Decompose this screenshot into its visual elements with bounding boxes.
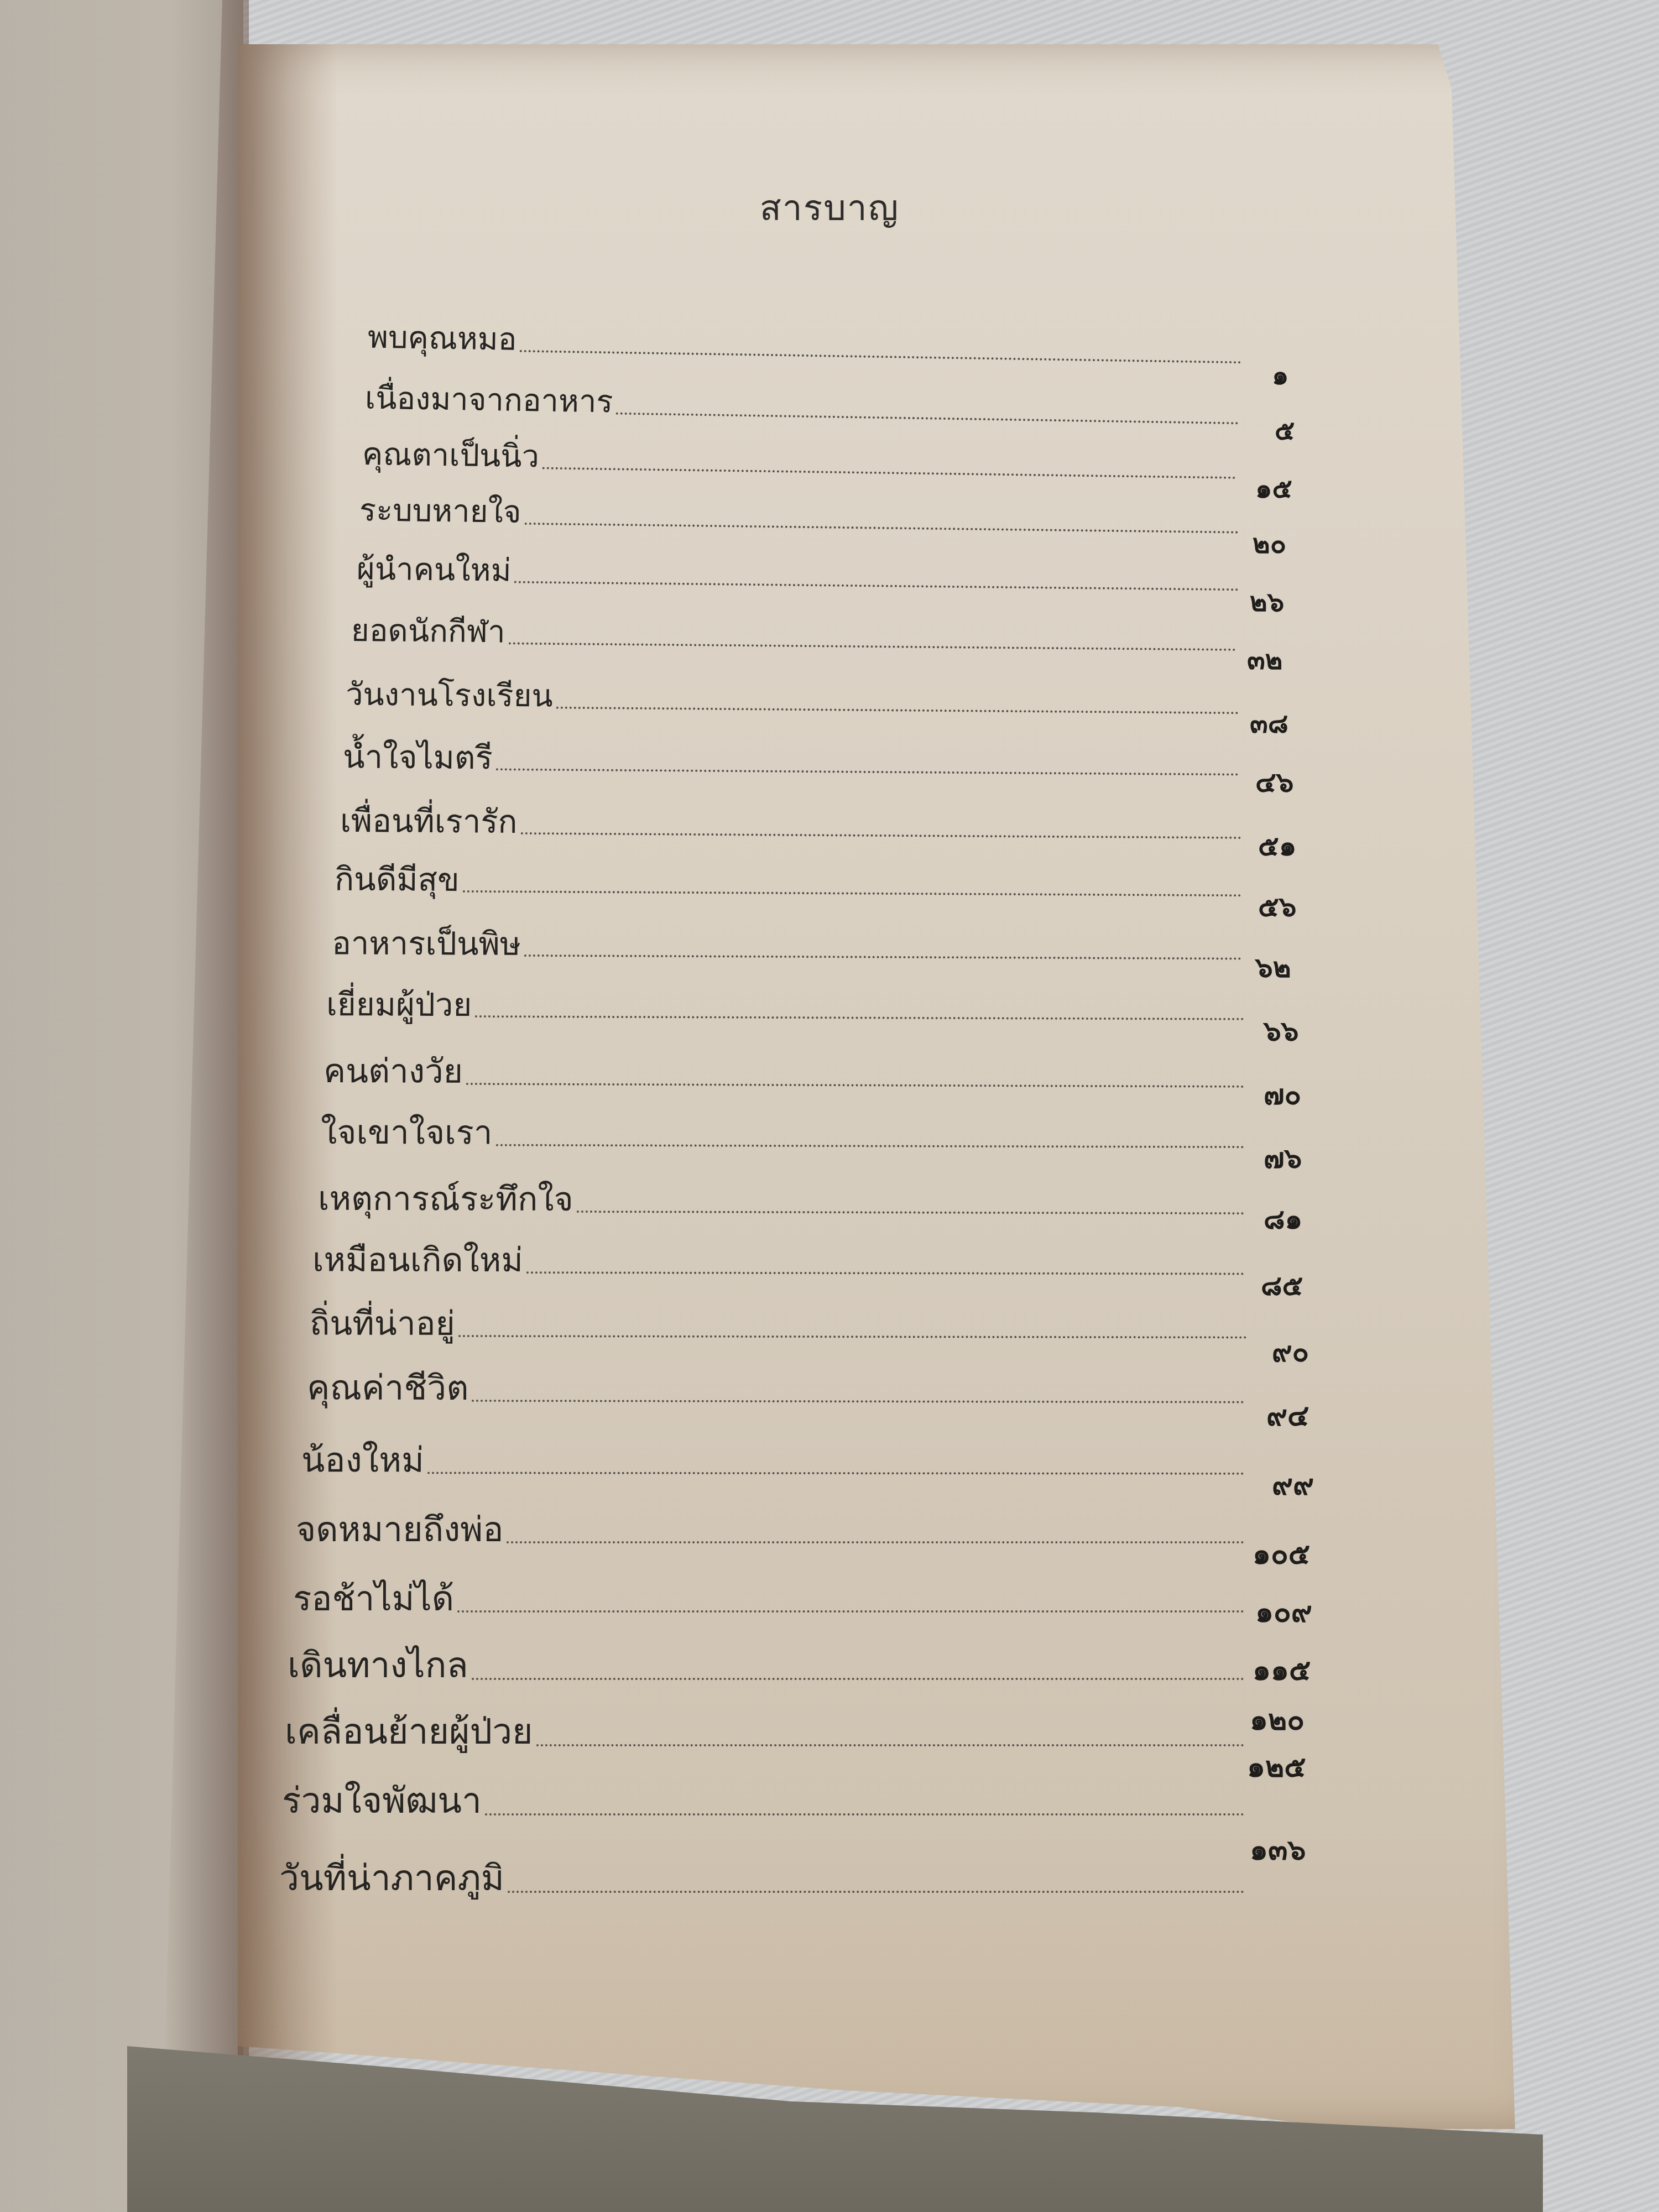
dot-leader — [520, 350, 1241, 363]
toc-entry-title: ร่วมใจพัฒนา — [282, 1783, 482, 1819]
toc-entry-page: ๕๑ — [1258, 832, 1297, 860]
toc-entry: ระบบหายใจ — [359, 495, 1245, 537]
toc-entry: คุณตาเป็นนิ่ว — [362, 439, 1242, 482]
dot-leader — [485, 1813, 1244, 1815]
toc-entry: จดหมายถึงพ่อ — [296, 1512, 1250, 1547]
toc-entry-title: เพื่อนที่เรารัก — [340, 805, 518, 838]
dot-leader — [496, 768, 1239, 775]
toc-entry-title: เดินทางไกล — [288, 1648, 468, 1683]
toc-entry: เยี่ยมผู้ป่วย — [326, 988, 1250, 1024]
toc-entry: ยอดนักกีฬา — [351, 615, 1241, 654]
dot-leader — [427, 1472, 1244, 1474]
toc-entry-page: ๑๓๖ — [1250, 1836, 1306, 1865]
toc-entry-page: ๒๐ — [1253, 531, 1286, 557]
dot-leader — [458, 1335, 1247, 1338]
toc-entry-title: เยี่ยมผู้ป่วย — [326, 988, 472, 1021]
toc-entry: พบคุณหมอ — [368, 322, 1248, 367]
toc-entry: เหตุการณ์ระทึกใจ — [318, 1182, 1250, 1218]
dot-leader — [577, 1211, 1244, 1214]
toc-entry-page: ๑๐๙ — [1255, 1598, 1312, 1627]
toc-entry-page: ๑ — [1272, 362, 1288, 389]
toc-entry-title: คุณตาเป็นนิ่ว — [362, 439, 540, 472]
toc-entry-title: กินดีมีสุข — [335, 863, 460, 896]
toc-entry: วันที่น่าภาคภูมิ — [279, 1861, 1250, 1896]
toc-entry-page: ๓๘ — [1250, 711, 1288, 737]
toc-entry-title: คนต่างวัย — [324, 1055, 463, 1088]
toc-entry-page: ๔๖ — [1255, 769, 1294, 796]
toc-entry-title: ระบบหายใจ — [359, 495, 521, 528]
toc-entry: เคลื่อนย้ายผู้ป่วย — [285, 1714, 1250, 1750]
toc-entry: ถิ่นที่น่าอยู่ — [310, 1307, 1253, 1342]
toc-entry: ใจเขาใจเรา — [321, 1116, 1250, 1151]
toc-entry-title: อาหารเป็นพิษ — [332, 927, 521, 959]
dot-leader — [472, 1400, 1244, 1403]
toc-entry-title: น้ำใจไมตรี — [343, 740, 493, 774]
toc-entry: ผู้นำคนใหม่ — [357, 554, 1244, 594]
toc-entry: น้ำใจไมตรี — [343, 740, 1244, 779]
toc-entry-page: ๑๐๕ — [1253, 1540, 1310, 1569]
toc-entry-title: ยอดนักกีฬา — [351, 615, 505, 648]
toc-entry: อาหารเป็นพิษ — [332, 927, 1247, 963]
toc-entry-title: เหมือนเกิดใหม่ — [312, 1244, 523, 1277]
toc-entry: เนื่องมาจากอาหาร — [365, 383, 1245, 428]
dot-leader — [508, 642, 1235, 650]
toc-entry-page: ๖๒ — [1255, 954, 1291, 982]
dot-leader — [542, 467, 1236, 479]
toc-entry-page: ๓๒ — [1247, 647, 1282, 674]
toc-entry-page: ๘๕ — [1261, 1272, 1303, 1300]
toc-entry-page: ๑๒๕ — [1247, 1753, 1306, 1782]
toc-entry: เดินทางไกล — [288, 1648, 1250, 1683]
toc-entry: กินดีมีสุข — [335, 863, 1247, 900]
dot-leader — [508, 1891, 1244, 1893]
toc-entry-title: น้องใหม่ — [301, 1443, 424, 1477]
dot-leader — [472, 1678, 1244, 1680]
toc-entry-title: เคลื่อนย้ายผู้ป่วย — [285, 1714, 533, 1750]
toc-entry: เพื่อนที่เรารัก — [340, 805, 1247, 842]
toc-entry-page: ๒๖ — [1250, 589, 1284, 615]
toc-entry: เหมือนเกิดใหม่ — [312, 1244, 1250, 1279]
toc-entry-title: เนื่องมาจากอาหาร — [365, 383, 613, 418]
toc-entry-title: คุณค่าชีวิต — [307, 1371, 469, 1406]
dot-leader — [514, 581, 1239, 591]
dot-leader — [466, 1083, 1244, 1088]
toc-entry-page: ๑๑๕ — [1253, 1656, 1311, 1685]
dot-leader — [556, 707, 1238, 714]
toc-entry-page: ๖๖ — [1264, 1018, 1298, 1045]
dot-leader — [526, 1271, 1244, 1275]
toc-entry: คนต่างวัย — [324, 1055, 1250, 1091]
dot-leader — [616, 413, 1238, 425]
toc-entry-page: ๕ — [1275, 418, 1295, 444]
toc-entry-title: ถิ่นที่น่าอยู่ — [310, 1307, 455, 1340]
dot-leader — [507, 1541, 1244, 1543]
toc-entry-page: ๘๑ — [1264, 1206, 1302, 1233]
toc-entry-title: ใจเขาใจเรา — [321, 1116, 493, 1150]
toc-entry-page: ๙๐ — [1272, 1338, 1309, 1366]
toc-entry: น้องใหม่ — [301, 1443, 1250, 1478]
table-of-contents: พบคุณหมอ ๑ เนื่องมาจากอาหาร ๕ คุณตาเป็นน… — [0, 0, 1659, 2212]
toc-entry-page: ๗๐ — [1264, 1081, 1301, 1109]
dot-leader — [520, 832, 1241, 839]
toc-entry: รอช้าไม่ได้ — [293, 1582, 1250, 1616]
toc-entry-title: วันที่น่าภาคภูมิ — [279, 1861, 504, 1896]
dot-leader — [457, 1610, 1244, 1613]
dot-leader — [463, 890, 1241, 896]
toc-entry: คุณค่าชีวิต — [307, 1371, 1250, 1407]
dot-leader — [475, 1015, 1244, 1020]
toc-entry-title: ผู้นำคนใหม่ — [357, 554, 512, 587]
toc-entry-page: ๙๙ — [1272, 1471, 1314, 1500]
toc-entry-page: ๑๒๐ — [1250, 1706, 1305, 1735]
dot-leader — [495, 1144, 1244, 1149]
toc-entry-title: พบคุณหมอ — [368, 322, 517, 356]
dot-leader — [524, 954, 1241, 960]
toc-entry-page: ๙๔ — [1266, 1402, 1309, 1431]
toc-entry-page: ๕๖ — [1258, 893, 1297, 921]
toc-entry-title: เหตุการณ์ระทึกใจ — [318, 1182, 573, 1216]
dot-leader — [536, 1744, 1244, 1746]
toc-entry-page: ๑๕ — [1255, 476, 1292, 502]
toc-entry-title: วันงานโรงเรียน — [346, 680, 553, 712]
toc-entry: ร่วมใจพัฒนา — [282, 1783, 1250, 1819]
toc-entry-title: รอช้าไม่ได้ — [293, 1582, 454, 1616]
dot-leader — [524, 523, 1238, 534]
toc-entry: วันงานโรงเรียน — [346, 680, 1244, 718]
toc-entry-title: จดหมายถึงพ่อ — [296, 1512, 503, 1547]
toc-entry-page: ๗๖ — [1264, 1145, 1302, 1172]
